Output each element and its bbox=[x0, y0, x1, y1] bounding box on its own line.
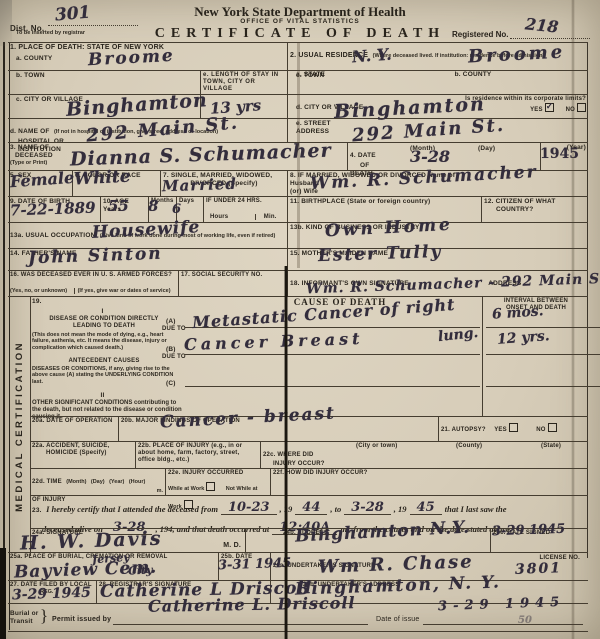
burial-place-label: 25a. PLACE OF BURIAL, CREMATION OR REMOV… bbox=[10, 554, 216, 561]
injury-occurred-cell: 22e. INJURY OCCURRED While at Work Not W… bbox=[165, 469, 270, 496]
row-physician: 24a. SIGNATURE M. D. 24b. ADDRESS 24c. D… bbox=[30, 528, 588, 553]
time-month-label: (Month) bbox=[66, 479, 86, 485]
street-address-label: e. STREET bbox=[296, 120, 586, 128]
permit-issued-by-label: Permit issued by bbox=[52, 616, 111, 624]
item-23-number: 23. bbox=[32, 507, 42, 514]
name-note: (Type or Print) bbox=[10, 160, 345, 166]
injury-occurred-label: 22e. INJURY OCCURRED bbox=[168, 470, 268, 477]
burial-date-label: 25b. DATE bbox=[221, 554, 268, 561]
armed-forces-label: 16. WAS DECEASED EVER IN U. S. ARMED FOR… bbox=[10, 272, 176, 279]
line-a-due-to: DUE TO bbox=[162, 326, 186, 333]
while-at-work-label: While at Work bbox=[168, 486, 204, 492]
line-b-due-to: DUE TO bbox=[162, 354, 186, 361]
town-of-death-label: b. TOWN bbox=[16, 72, 198, 80]
date-of-death-cell: 4. DATE (Month) (Day) OF DEATH bbox=[347, 143, 540, 171]
antecedent-causes-label: ANTECEDENT CAUSES bbox=[44, 358, 164, 365]
street-address-cell: e. STREET ADDRESS bbox=[287, 119, 588, 143]
armed-forces-note2: (If yes, give war or dates of service) bbox=[74, 288, 171, 294]
corporate-limits-question: Is residence within its corporate limits… bbox=[465, 96, 586, 114]
sex-cell: 5. SEX bbox=[8, 171, 72, 197]
hospital-cell: d. NAME OF (If not in hospital or instit… bbox=[8, 119, 287, 143]
burial-date-cell: 25b. DATE bbox=[218, 553, 270, 581]
right-fold-crease bbox=[571, 0, 575, 639]
place-of-death-heading: 1. PLACE OF DEATH: STATE OF NEW YORK bbox=[10, 44, 285, 52]
permit-signature-rule bbox=[113, 624, 368, 625]
interval-b-rule bbox=[486, 354, 600, 355]
while-at-work-checkbox bbox=[206, 482, 215, 491]
usual-residence-cell: 2. USUAL RESIDENCE (Where deceased lived… bbox=[287, 43, 588, 71]
row-burial: 25a. PLACE OF BURIAL, CREMATION OR REMOV… bbox=[8, 552, 588, 581]
mother-cell: 15. MOTHER'S MAIDEN NAME bbox=[287, 249, 588, 271]
certify-text-2: that I last saw the bbox=[445, 504, 507, 514]
autopsy-cell: 21. AUTOPSY? YES NO bbox=[438, 417, 588, 442]
length-of-stay-label: e. LENGTH OF STAY IN TOWN, CITY OR VILLA… bbox=[203, 72, 285, 94]
injury-time-cell: 22d. TIME (Month) (Day) (Year) (Hour) OF… bbox=[30, 469, 165, 496]
county-of-death-label: a. COUNTY bbox=[16, 55, 285, 63]
name-of-deceased-label: 3. NAME OF bbox=[10, 144, 345, 152]
part-two-roman: II bbox=[40, 392, 165, 400]
armed-forces-note1: (Yes, no, or unknown) bbox=[10, 288, 67, 294]
cause-of-death-block: 19. CAUSE OF DEATH INTERVAL BETWEEN ONSE… bbox=[30, 296, 588, 416]
physician-signature-cell: 24a. SIGNATURE M. D. bbox=[30, 529, 245, 553]
residence-city-label: d. CITY OR VILLAGE bbox=[296, 104, 363, 111]
undertaker-signature-cell: 26a. UNDERTAKER'S SIGNATURE LICENSE NO. bbox=[270, 553, 588, 581]
part-one-label: DISEASE OR CONDITION DIRECTLY LEADING TO… bbox=[34, 316, 174, 330]
row-operation: 20a. DATE OF OPERATION 20b. MAJOR FINDIN… bbox=[30, 416, 588, 442]
registrar-signature-label: 28. REGISTRAR'S SIGNATURE bbox=[99, 582, 268, 589]
injury-place-label: 22b. PLACE OF INJURY (e.g., in or about … bbox=[138, 443, 258, 465]
district-number-value: 301 bbox=[54, 4, 91, 24]
part-one-note: (This does not mean the mode of dying, e… bbox=[32, 332, 177, 351]
autopsy-label: 21. AUTOPSY? bbox=[441, 427, 486, 433]
city-of-death-label: c. CITY OR VILLAGE bbox=[16, 96, 198, 104]
autopsy-no-label: NO bbox=[536, 427, 545, 433]
injury-time-label: 22d. TIME bbox=[32, 479, 62, 485]
medical-certification-label: MEDICAL CERTIFICATION bbox=[14, 341, 25, 512]
race-cell: 6. COLOR OR RACE bbox=[72, 171, 160, 197]
limits-no-checkbox bbox=[577, 103, 586, 112]
physician-address-cell: 24b. ADDRESS bbox=[245, 529, 490, 553]
minutes-label: Min. bbox=[255, 214, 277, 220]
industry-cell: 13b. KIND OF BUSINESS OR INDUSTRY bbox=[287, 223, 588, 249]
time-day-label: (Day) bbox=[91, 479, 105, 485]
operation-date-label: 20a. DATE OF OPERATION bbox=[32, 418, 116, 425]
birthplace-cell: 11. BIRTHPLACE (State or foreign country… bbox=[287, 197, 481, 223]
line-b-label: (B) bbox=[166, 346, 176, 354]
injury-county-label: (County) bbox=[456, 443, 482, 450]
row-injury-place: 22a. ACCIDENT, SUICIDE, HOMICIDE (Specif… bbox=[30, 441, 588, 469]
how-injury-cell: 22f. HOW DID INJURY OCCUR? bbox=[270, 469, 588, 496]
interval-c-rule bbox=[486, 386, 600, 387]
time-hour-label: (Hour) bbox=[129, 479, 146, 485]
burial-place-cell: 25a. PLACE OF BURIAL, CREMATION OR REMOV… bbox=[8, 553, 218, 581]
injury-state-label: (State) bbox=[541, 443, 561, 450]
office-subtitle: OFFICE OF VITAL STATISTICS bbox=[150, 18, 450, 25]
operation-findings-cell: 20b. MAJOR FINDINGS OF OPERATION bbox=[118, 417, 438, 442]
age-days-cell: Days bbox=[176, 197, 203, 223]
scan-edge-shadow bbox=[0, 548, 6, 639]
cause-line-a-rule bbox=[185, 327, 480, 328]
length-of-stay-cell: e. LENGTH OF STAY IN TOWN, CITY OR VILLA… bbox=[200, 71, 287, 95]
occupation-label: 13a. USUAL OCCUPATION bbox=[10, 232, 95, 239]
attended-to-year: 45 bbox=[410, 501, 442, 515]
informant-cell: 18. INFORMANT'S OWN SIGNATURE ADDRESS bbox=[287, 271, 588, 297]
line-a-label: (A) bbox=[166, 318, 176, 326]
accident-cell: 22a. ACCIDENT, SUICIDE, HOMICIDE (Specif… bbox=[30, 442, 135, 469]
dod-month-label: (Month) bbox=[410, 145, 435, 153]
occupation-cell: 13a. USUAL OCCUPATION (Give kind of work… bbox=[8, 223, 287, 249]
undertaker-address-label: 26b. UNDERTAKER'S ADDRESS bbox=[303, 582, 586, 589]
registered-number-line bbox=[510, 38, 590, 39]
age-days-label: Days bbox=[179, 198, 201, 205]
date-of-issue-label: Date of issue bbox=[376, 616, 419, 624]
autopsy-yes-checkbox bbox=[509, 423, 518, 432]
date-filed-label: 27. DATE FILED BY LOCAL bbox=[10, 582, 94, 589]
row-certify: 23. I hereby certify that I attended the… bbox=[30, 495, 588, 528]
dod-year-cell: (Year) bbox=[540, 143, 588, 171]
injury-where-label: 22c. WHERE DID bbox=[263, 452, 313, 458]
registered-number-value: 218 bbox=[524, 16, 559, 35]
certificate-title: CERTIFICATE OF DEATH bbox=[120, 26, 480, 42]
residence-town-cell: c. TOWN bbox=[287, 71, 588, 95]
attended-from-date: 10-23 bbox=[221, 501, 277, 515]
interval-column-divider bbox=[482, 296, 483, 416]
cause-line-b-rule bbox=[185, 354, 480, 355]
injury-city-label: (City or town) bbox=[356, 443, 397, 450]
spouse-label: 8. IF MARRIED, WIDOWED OR DIVORCED Name … bbox=[290, 172, 586, 180]
date-of-issue-rule bbox=[423, 624, 583, 625]
physician-signature-label: 24a. SIGNATURE bbox=[32, 530, 243, 537]
attended-from-year: 44 bbox=[295, 501, 327, 515]
limits-yes-label: YES bbox=[530, 107, 543, 113]
injury-where-cell: 22c. WHERE DID (City or town) (County) (… bbox=[260, 442, 588, 469]
place-of-death-cell: 1. PLACE OF DEATH: STATE OF NEW YORK a. … bbox=[8, 43, 287, 71]
hours-label: Hours bbox=[210, 214, 228, 220]
autopsy-no-checkbox bbox=[548, 423, 557, 432]
antecedent-note: DISEASES OR CONDITIONS, if any, giving r… bbox=[32, 366, 180, 385]
residence-town-label: c. TOWN bbox=[296, 72, 586, 80]
industry-label: 13b. KIND OF BUSINESS OR INDUSTRY bbox=[290, 224, 586, 232]
death-certificate-scan: Dist. No. 301 To be inserted by registra… bbox=[0, 0, 600, 639]
occupation-note: (Give kind of work done during most of w… bbox=[100, 233, 275, 239]
permit-type-label: Burial or Transit bbox=[10, 610, 39, 626]
item-19-number: 19. bbox=[32, 298, 42, 306]
father-cell: 14. FATHER'S NAME bbox=[8, 249, 287, 271]
marital-label: 7. SINGLE, MARRIED, WIDOWED, bbox=[163, 172, 285, 180]
row-filed-registrar: 27. DATE FILED BY LOCAL REG. 28. REGISTR… bbox=[8, 580, 588, 604]
registrar-signature-cell: 28. REGISTRAR'S SIGNATURE bbox=[96, 581, 270, 604]
how-injury-label: 22f. HOW DID INJURY OCCUR? bbox=[273, 470, 586, 477]
informant-address-label: ADDRESS bbox=[488, 280, 521, 287]
informant-label: 18. INFORMANT'S OWN SIGNATURE bbox=[290, 280, 409, 287]
race-label: 6. COLOR OR RACE bbox=[75, 172, 158, 180]
undertaker-address-cell: 26b. UNDERTAKER'S ADDRESS bbox=[270, 581, 588, 604]
age-months-label: Months bbox=[151, 198, 174, 205]
autopsy-yes-label: YES bbox=[494, 427, 507, 433]
age-months-cell: Months bbox=[148, 197, 176, 223]
dob-cell: 9. DATE OF BIRTH bbox=[8, 197, 100, 223]
age-years-label: 10. AGE Years bbox=[103, 198, 146, 214]
district-number-note: To be inserted by registrar bbox=[16, 30, 85, 36]
cause-of-death-title: CAUSE OF DEATH bbox=[200, 297, 480, 307]
row-injury-time: 22d. TIME (Month) (Day) (Year) (Hour) OF… bbox=[30, 468, 588, 496]
medical-certification-strip: MEDICAL CERTIFICATION bbox=[8, 296, 31, 556]
accident-label: 22a. ACCIDENT, SUICIDE, bbox=[32, 443, 133, 450]
armed-forces-cell: 16. WAS DECEASED EVER IN U. S. ARMED FOR… bbox=[8, 271, 178, 297]
scan-corner-shadow bbox=[0, 0, 12, 46]
ssn-cell: 17. SOCIAL SECURITY NO. bbox=[178, 271, 287, 297]
sex-label: 5. SEX bbox=[10, 172, 70, 180]
line-c-label: (C) bbox=[166, 380, 176, 388]
dod-day-label: (Day) bbox=[478, 145, 495, 153]
certify-text-1: I hereby certify that I attended the dec… bbox=[46, 504, 218, 514]
age-years-cell: 10. AGE Years bbox=[100, 197, 148, 223]
mother-name-label: 15. MOTHER'S MAIDEN NAME bbox=[290, 250, 586, 258]
permit-brace: } bbox=[40, 606, 48, 626]
usual-residence-heading: 2. USUAL RESIDENCE bbox=[290, 52, 368, 59]
time-year-label: (Year) bbox=[109, 479, 124, 485]
part-one-roman: I bbox=[40, 308, 165, 316]
row-forces-ssn-informant: 16. WAS DECEASED EVER IN U. S. ARMED FOR… bbox=[8, 270, 588, 297]
town-of-death-cell: b. TOWN bbox=[8, 71, 200, 95]
residence-city-cell: d. CITY OR VILLAGE Is residence within i… bbox=[287, 95, 588, 119]
hospital-label: d. NAME OF bbox=[10, 128, 50, 135]
limits-yes-checkbox: ✓ bbox=[545, 103, 554, 112]
center-fold-crease bbox=[284, 266, 288, 639]
usual-residence-note: (Where deceased lived. If institution: r… bbox=[373, 53, 546, 59]
spouse-cell: 8. IF MARRIED, WIDOWED OR DIVORCED Name … bbox=[287, 171, 588, 197]
under-24-label: IF UNDER 24 HRS. bbox=[206, 198, 285, 205]
hospital-note: (If not in hospital or institution, give… bbox=[54, 129, 218, 135]
attended-to-date: 3-28 bbox=[344, 501, 391, 515]
marital-cell: 7. SINGLE, MARRIED, WIDOWED, DIVORCED (S… bbox=[160, 171, 287, 197]
cause-line-c-rule bbox=[185, 386, 480, 387]
length-of-stay-value-cell bbox=[200, 95, 287, 119]
interval-a-rule bbox=[486, 327, 600, 328]
under-24-cell: IF UNDER 24 HRS. Hours Min. bbox=[203, 197, 287, 223]
father-name-label: 14. FATHER'S NAME bbox=[10, 250, 285, 258]
registered-number-label: Registered No. bbox=[452, 30, 508, 39]
md-label: M. D. bbox=[223, 542, 241, 550]
physician-address-label: 24b. ADDRESS bbox=[283, 530, 488, 537]
upper-fold-crease bbox=[297, 42, 300, 268]
operation-findings-label: 20b. MAJOR FINDINGS OF OPERATION bbox=[121, 418, 436, 425]
check-mark-icon: ✓ bbox=[546, 101, 554, 112]
row-permit: Burial or Transit } Permit issued by Dat… bbox=[8, 603, 588, 632]
injury-place-cell: 22b. PLACE OF INJURY (e.g., in or about … bbox=[135, 442, 260, 469]
ssn-label: 17. SOCIAL SECURITY NO. bbox=[181, 272, 285, 279]
dod-year-label: (Year) bbox=[543, 144, 586, 152]
date-filed-cell: 27. DATE FILED BY LOCAL REG. bbox=[8, 581, 96, 604]
undertaker-signature-label: 26a. UNDERTAKER'S SIGNATURE bbox=[273, 563, 375, 569]
time-m-label: m. bbox=[157, 488, 163, 494]
operation-date-cell: 20a. DATE OF OPERATION bbox=[30, 417, 118, 442]
dob-label: 9. DATE OF BIRTH bbox=[10, 198, 98, 206]
birthplace-label: 11. BIRTHPLACE (State or foreign country… bbox=[290, 198, 479, 206]
date-of-death-label: 4. DATE bbox=[350, 152, 376, 159]
city-of-death-cell: c. CITY OR VILLAGE bbox=[8, 95, 200, 119]
